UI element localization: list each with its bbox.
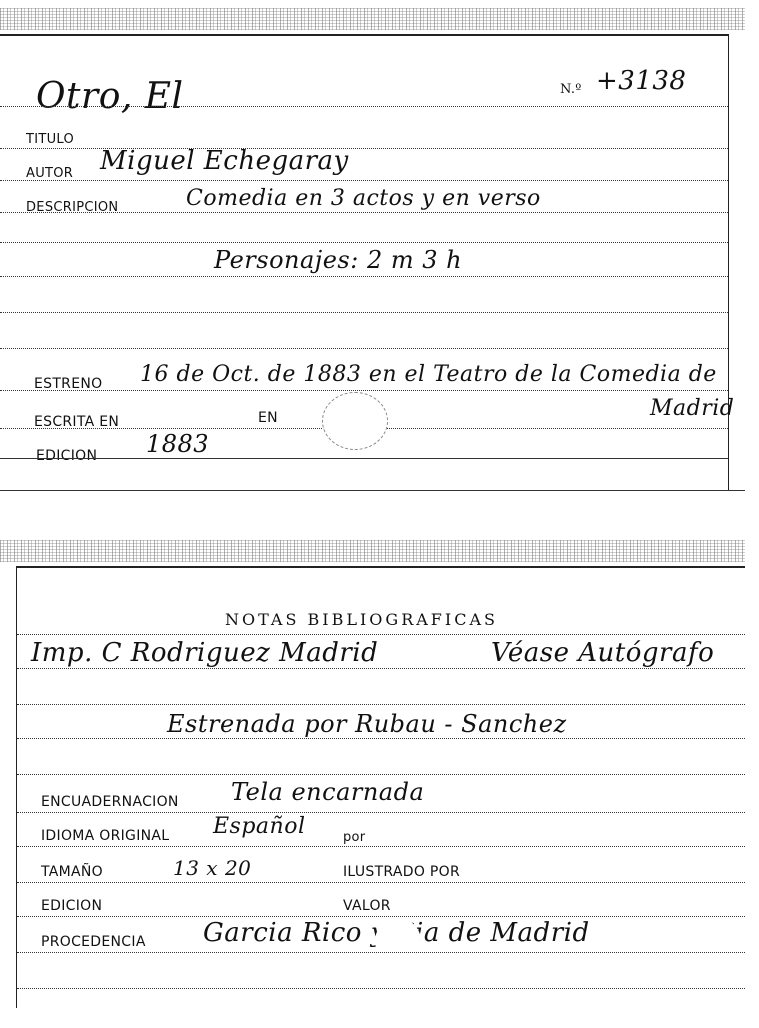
rule-autor bbox=[0, 180, 728, 181]
rule-blank-3 bbox=[0, 348, 728, 349]
rule-title bbox=[0, 106, 728, 107]
rule-descripcion bbox=[0, 212, 728, 213]
tamano-label: TAMAÑO bbox=[41, 864, 103, 880]
rule-estreno bbox=[0, 390, 728, 391]
catalog-card-front: Otro, El N.º +3138 TITULO AUTOR Miguel E… bbox=[0, 34, 729, 491]
rule-procedencia bbox=[17, 952, 745, 953]
rule-blank-2 bbox=[0, 312, 728, 313]
rule-edicion bbox=[0, 458, 728, 459]
ilustrado-label: ILUSTRADO POR bbox=[343, 864, 460, 880]
rule-final bbox=[17, 988, 745, 989]
redacted-stamp bbox=[322, 392, 388, 450]
estreno-value: 16 de Oct. de 1883 en el Teatro de la Co… bbox=[140, 362, 717, 387]
rule-encuadernacion bbox=[17, 812, 745, 813]
autor-label: AUTOR bbox=[26, 166, 73, 181]
rule-notes-3 bbox=[17, 738, 745, 739]
notes-line-1-left: Imp. C Rodriguez Madrid bbox=[31, 638, 378, 668]
rule-tamano bbox=[17, 882, 745, 883]
idioma-value: Español bbox=[213, 814, 306, 839]
en-label: EN bbox=[258, 410, 278, 426]
redacted-stamp-back bbox=[375, 918, 421, 964]
edicion-label: EDICION bbox=[36, 448, 97, 464]
procedencia-label: PROCEDENCIA bbox=[41, 934, 146, 950]
rule-notes-2 bbox=[17, 704, 745, 705]
idioma-label: IDIOMA ORIGINAL bbox=[41, 828, 169, 844]
card-separator bbox=[0, 490, 745, 491]
personajes-value: Personajes: 2 m 3 h bbox=[214, 246, 462, 274]
tamano-value: 13 x 20 bbox=[173, 856, 251, 880]
rule-personajes bbox=[0, 276, 728, 277]
escrita-en-value: Madrid bbox=[650, 396, 734, 421]
por-label: por bbox=[343, 830, 365, 845]
valor-label: VALOR bbox=[343, 898, 391, 914]
encuadernacion-value: Tela encarnada bbox=[231, 778, 424, 806]
rule-notes-1 bbox=[17, 668, 745, 669]
notas-heading: NOTAS BIBLIOGRAFICAS bbox=[225, 610, 498, 629]
encuadernacion-label: ENCUADERNACION bbox=[41, 794, 179, 810]
rule-idioma bbox=[17, 846, 745, 847]
edicion-value: 1883 bbox=[146, 430, 209, 458]
autor-value: Miguel Echegaray bbox=[100, 146, 349, 176]
scan-edge-noise-bottom bbox=[0, 540, 745, 562]
rule-edicion-back bbox=[17, 916, 745, 917]
scan-edge-noise-top bbox=[0, 8, 745, 30]
rule-blank-1 bbox=[0, 242, 728, 243]
catalog-number: +3138 bbox=[596, 66, 686, 96]
titulo-label: TITULO bbox=[26, 132, 74, 147]
edicion-label-back: EDICION bbox=[41, 898, 102, 914]
rule-notes-4 bbox=[17, 774, 745, 775]
notes-line-1-right: Véase Autógrafo bbox=[491, 638, 714, 668]
number-label: N.º bbox=[560, 82, 582, 97]
catalog-card-back: NOTAS BIBLIOGRAFICAS Imp. C Rodriguez Ma… bbox=[16, 566, 745, 1008]
card-title-handwritten: Otro, El bbox=[36, 76, 184, 117]
descripcion-value: Comedia en 3 actos y en verso bbox=[186, 186, 541, 211]
notes-line-2: Estrenada por Rubau - Sanchez bbox=[167, 710, 567, 738]
rule-heading bbox=[17, 634, 745, 635]
